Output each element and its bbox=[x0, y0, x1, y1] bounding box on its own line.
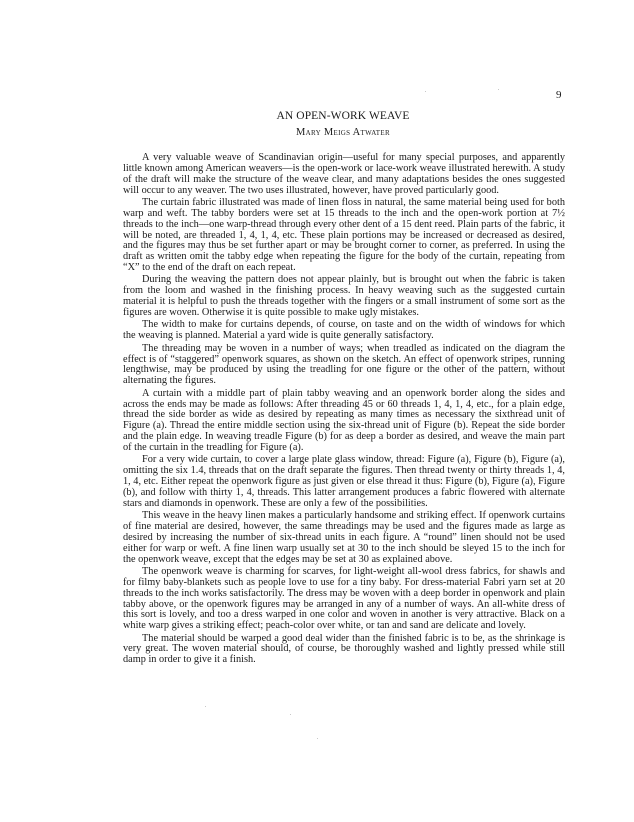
paragraph: This weave in the heavy linen makes a pa… bbox=[123, 511, 565, 565]
page-number: 9 bbox=[556, 89, 562, 101]
scan-speck bbox=[425, 91, 426, 92]
article-title: AN OPEN-WORK WEAVE bbox=[0, 110, 634, 123]
paragraph: The material should be warped a good dea… bbox=[123, 634, 565, 667]
scan-speck bbox=[290, 714, 291, 715]
paragraph: A very valuable weave of Scandinavian or… bbox=[123, 153, 565, 196]
article-body: A very valuable weave of Scandinavian or… bbox=[123, 153, 565, 668]
paragraph: A curtain with a middle part of plain ta… bbox=[123, 389, 565, 454]
paragraph: During the weaving the pattern does not … bbox=[123, 275, 565, 318]
paragraph: The curtain fabric illustrated was made … bbox=[123, 198, 565, 274]
paragraph: The width to make for curtains depends, … bbox=[123, 320, 565, 342]
paragraph: For a very wide curtain, to cover a larg… bbox=[123, 455, 565, 509]
scan-speck bbox=[205, 706, 206, 707]
scan-speck bbox=[498, 89, 499, 90]
paragraph: The openwork weave is charming for scarv… bbox=[123, 567, 565, 632]
article-author: Mary Meigs Atwater bbox=[0, 127, 634, 139]
scan-speck bbox=[317, 738, 318, 739]
paragraph: The threading may be woven in a number o… bbox=[123, 344, 565, 387]
